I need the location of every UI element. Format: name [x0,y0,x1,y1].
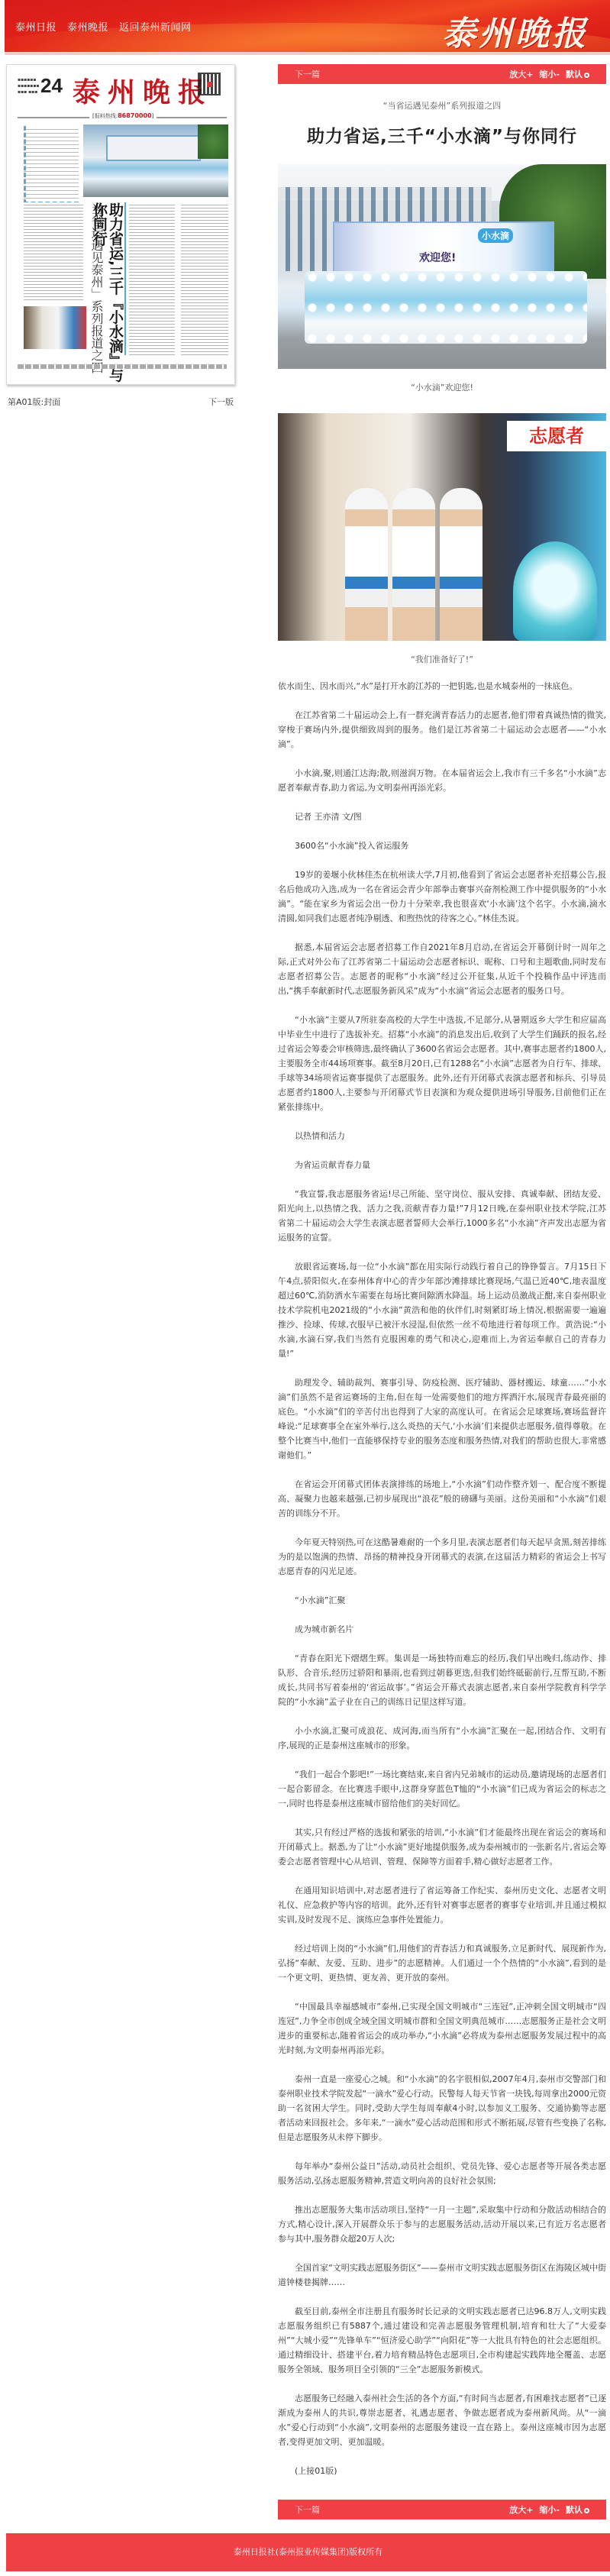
article-pretitle: “当省运遇见泰州”系列报道之四 [278,99,606,112]
article-paragraph: 经过培训上岗的“小水滴”们,用他们的青春活力和真诚服务,立足新时代、展现新作为,… [278,1941,606,1985]
qr-code-icon [198,73,221,95]
article-paragraph: “中国最具幸福感城市”泰州,已实现全国文明城市“三连冠”,正冲刺全国文明城市“四… [278,1999,606,2057]
edition-navigation: 第A01版:封面 下一版 [6,396,235,408]
newspaper-sidebar: ▪▪▪▪▪▪▪▪▪▪▪▪▪▪▪▪ ▪▪▪ 24 泰州晚报 [报料热线:86870… [6,64,235,408]
photo-volunteer-crowd [305,271,587,344]
article-paragraph: “我们一起合个影吧!”一场比赛结束,来自省内兄弟城市的运动员,邀请现场的志愿者们… [278,1767,606,1811]
reset-circle-icon [584,2508,589,2513]
article-paragraph: “青春在阳光下熠熠生辉。集训是一场独特而难忘的经历,我们早出晚归,练动作、排队形… [278,1651,606,1709]
hotline-prefix: [报料热线: [92,113,118,119]
front-page-footer-line [18,364,227,369]
article-paragraph: “我宣誓,我志愿服务省运!尽己所能、坚守岗位、服从安排、真诚奉献、团结友爱、阳光… [278,1187,606,1245]
article-subheading: 成为城市新名片 [278,1622,606,1637]
article-paragraph: 据悉,本届省运会志愿者招募工作自2021年8月启动,在省运会开幕倒计时一周年之际… [278,940,606,998]
hotline-suffix: ] [152,113,154,119]
photo-person [440,488,483,641]
site-header-banner: 泰州日报 泰州晚报 返回泰州新闻网 泰州晚报 [5,0,610,55]
reset-circle-icon [584,73,589,78]
zoom-in-button[interactable]: 放大+ [509,2503,533,2516]
font-size-tools: 放大+ 缩小- 默认 [509,68,589,80]
photo-welcome-board [333,221,554,275]
photo-board-logo: 小水滴 [478,228,513,243]
article-subheading: “小水滴”汇聚 [278,1593,606,1608]
photo-mascot [513,541,597,641]
next-article-link[interactable]: 下一篇 [295,68,320,80]
newspaper-masthead-title: 泰州晚报 [73,71,213,110]
article-toolbar-top: 下一篇 放大+ 缩小- 默认 [278,64,606,84]
article-paragraph: 依水而生、因水而兴,“水”是打开水韵江苏的一把钥匙,也是水城泰州的一抹底色。 [278,679,606,693]
zoom-out-button[interactable]: 缩小- [539,68,560,80]
article-byline: 记者 王亦清 文/图 [278,810,606,824]
front-page-text-column [181,202,228,355]
reset-size-button[interactable]: 默认 [566,68,589,80]
article-paragraph: 其实,只有经过严格的选拔和紧张的培训,“小水滴”们才能最终出现在省运会的赛场和开… [278,1825,606,1869]
headline-divider [124,202,126,355]
article-paragraph: 19岁的姜堰小伙林佳杰在杭州读大学,7月初,他看到了省运会志愿者补充招募公告,报… [278,868,606,926]
header-nav: 泰州日报 泰州晚报 返回泰州新闻网 [15,19,192,34]
article-paragraph: 小小水滴,汇聚可成浪花、成河海,而当所有“小水滴”汇聚在一起,团结合作、文明有序… [278,1724,606,1753]
reset-size-label: 默认 [566,69,583,79]
page-layout: ▪▪▪▪▪▪▪▪▪▪▪▪▪▪▪▪ ▪▪▪ 24 泰州晚报 [报料热线:86870… [0,55,610,2533]
nav-link-taizhou-evening[interactable]: 泰州晚报 [67,19,108,34]
article-column: 下一篇 放大+ 缩小- 默认 “当省运遇见泰州”系列报道之四 助力省运,三千“小… [278,64,606,2519]
front-page-text-column [129,202,175,355]
article-title: 助力省运,三千“小水滴”与你同行 [278,122,606,147]
nav-link-taizhou-daily[interactable]: 泰州日报 [15,19,56,34]
article-paragraph: 推出志愿服务大集市活动项目,坚持“一月一主题”,采取集中行动和分散活动相结合的方… [278,2203,606,2246]
nav-link-back-to-news-site[interactable]: 返回泰州新闻网 [119,19,192,34]
article-paragraph: 在省运会开闭幕式团体表演排练的场地上,“小水滴”们动作整齐划一、配合度不断提高、… [278,1477,606,1521]
article-paragraph: 每年举办“泰州公益日”活动,动员社会组织、党员先锋、爱心志愿者等开展各类志愿服务… [278,2159,606,2188]
article-paragraph: 小水滴,聚,则通江达海;散,则滋润万物。在本届省运会上,我市有三千多名“小水滴”… [278,766,606,795]
front-page-text-column [24,202,83,302]
photo-person [345,488,388,641]
article-paragraph: 助理发令、辅助裁判、赛事引导、防疫检测、医疗辅助、器材搬运、球童……“小水滴”们… [278,1375,606,1463]
hotline-label: [报料热线:86870000] [89,112,157,120]
newspaper-masthead: ▪▪▪▪▪▪▪▪▪▪▪▪▪▪▪▪ ▪▪▪ 24 泰州晚报 [18,73,227,112]
photo-caption-2: “我们准备好了!” [278,653,606,665]
next-edition-link[interactable]: 下一版 [208,396,234,408]
article-paragraph: 志愿服务已经融入泰州社会生活的各个方面,“有时间当志愿者,有困难找志愿者”已逐渐… [278,2391,606,2449]
article-paragraph: “小水滴”主要从7所驻泰高校的大学生中选拔,不足部分,从暑期返乡大学生和应届高中… [278,1013,606,1114]
article-toolbar-bottom: 下一篇 放大+ 缩小- 默认 [278,2500,606,2519]
newspaper-page-thumbnail[interactable]: ▪▪▪▪▪▪▪▪▪▪▪▪▪▪▪▪ ▪▪▪ 24 泰州晚报 [报料热线:86870… [6,64,235,385]
article-continued-note: (上接01版) [278,2464,606,2478]
article-subheading: 以热情和活力 [278,1129,606,1143]
photo-board-text: 欢迎您! [419,250,456,265]
article-paragraph: 泰州一直是一座爱心之城。和“小水滴”的名字很相似,2007年4月,泰州市交警部门… [278,2072,606,2145]
front-page-sidebox [24,126,79,204]
front-page-small-photo [24,306,86,349]
article-paragraph: 今年夏天特别热,可在这酷暑难耐的一个多月里,表演志愿者们每天起早贪黑,刻苦排练为… [278,1535,606,1579]
site-logo: 泰州晚报 [442,6,589,55]
article-paragraph: 在通用知识培训中,对志愿者进行了省运筹备工作纪实、泰州历史文化、志愿者文明礼仪、… [278,1883,606,1927]
zoom-in-button[interactable]: 放大+ [509,68,533,80]
front-page-headline: 助力省运,三千『小水滴』与你同行 [106,202,123,384]
article-paragraph: 在江苏省第二十届运动会上,有一群充满青春活力的志愿者,他们带着真诚热情的微笑,穿… [278,708,606,751]
current-edition-link[interactable]: 第A01版:封面 [8,396,60,408]
article-photo-three-volunteers: 志愿者 [278,413,606,641]
hotline-number: 86870000 [118,112,152,119]
article-paragraph: 放眼省运赛场,每一位“小水滴”都在用实际行动践行着自己的铮铮誓言。7月15日下午… [278,1259,606,1361]
article-paragraph: 全国首家“文明实践志愿服务街区”——泰州市文明实践志愿服务街区在海陵区城中街道钟… [278,2261,606,2290]
article-body: 依水而生、因水而兴,“水”是打开水韵江苏的一把钥匙,也是水城泰州的一抹底色。 在… [278,679,606,2478]
font-size-tools: 放大+ 缩小- 默认 [509,2503,589,2516]
article-subheading: 3600名“小水滴”投入省运服务 [278,839,606,853]
photo-person [392,488,435,641]
photo-volunteer-sign: 志愿者 [507,421,606,451]
photo-caption-1: “小水滴”欢迎您! [278,381,606,393]
article-photo-group-volunteers: 小水滴 欢迎您! [278,164,606,369]
reset-size-button[interactable]: 默认 [566,2503,589,2516]
next-article-link[interactable]: 下一篇 [295,2503,320,2516]
reset-size-label: 默认 [566,2505,583,2515]
article-paragraph: 截至目前,泰州全市注册且有服务时长记录的文明实践志愿者已达96.8万人,文明实践… [278,2304,606,2377]
article-subheading: 为省运贡献青春力量 [278,1158,606,1172]
site-footer: 泰州日报社(泰州报业传媒集团)版权所有 [6,2533,610,2571]
issue-day-number: 24 [40,74,63,98]
front-page-photo [83,124,228,197]
zoom-out-button[interactable]: 缩小- [539,2503,560,2516]
